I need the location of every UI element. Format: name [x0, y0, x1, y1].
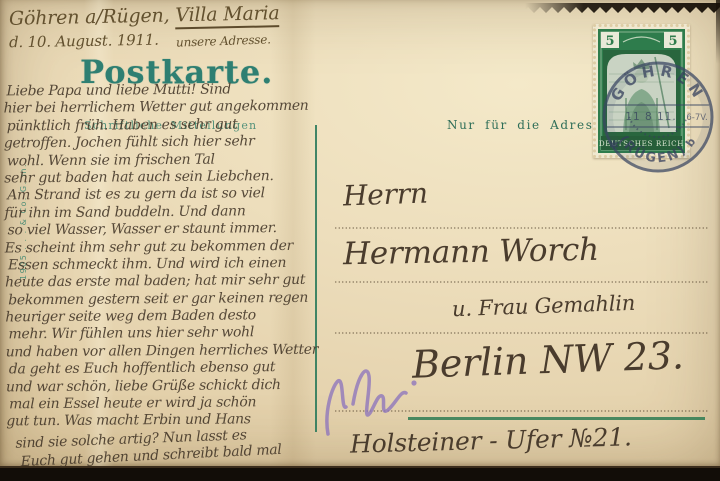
stamp-value-right: 5: [668, 34, 677, 49]
sender-location-line: Göhren a/Rügen,Villa Maria: [9, 2, 280, 30]
recipient-addition: u. Frau Gemahlin: [452, 291, 636, 321]
address-side-caption: Nur für die Adresse: [447, 118, 610, 132]
villa-name: Villa Maria: [175, 2, 280, 29]
date-line: d. 10. August. 1911.: [9, 31, 159, 52]
location-text: Göhren a/Rügen,: [9, 4, 170, 29]
card-serrated-top-edge: [525, 1, 720, 15]
address-ruled-line: [334, 227, 708, 229]
printed-green-underline: [408, 417, 705, 420]
recipient-prefix: Herrn: [342, 177, 428, 213]
stamp-value-left: 5: [605, 34, 614, 49]
message-text-block: Liebe Papa und liebe Mutti! Sindhier bei…: [3, 81, 336, 466]
our-address-note: unsere Adresse.: [176, 32, 271, 49]
pencil-scribble: [322, 350, 434, 440]
postcard-back: Göhren a/Rügen,Villa Maria unsere Adress…: [0, 0, 720, 469]
city-line: Berlin NW 23.: [411, 333, 684, 386]
stamp-country: DEUTSCHES REICH: [599, 139, 684, 148]
scan-corner-shadow: [716, 0, 720, 64]
recipient-name: Hermann Worch: [343, 232, 599, 272]
address-ruled-line: [334, 281, 708, 283]
postcard-scan: Göhren a/Rügen,Villa Maria unsere Adress…: [0, 0, 720, 481]
scan-background-edge: [0, 466, 720, 481]
postage-stamp: 5 5 DEUTSCHES REICH: [593, 24, 690, 158]
